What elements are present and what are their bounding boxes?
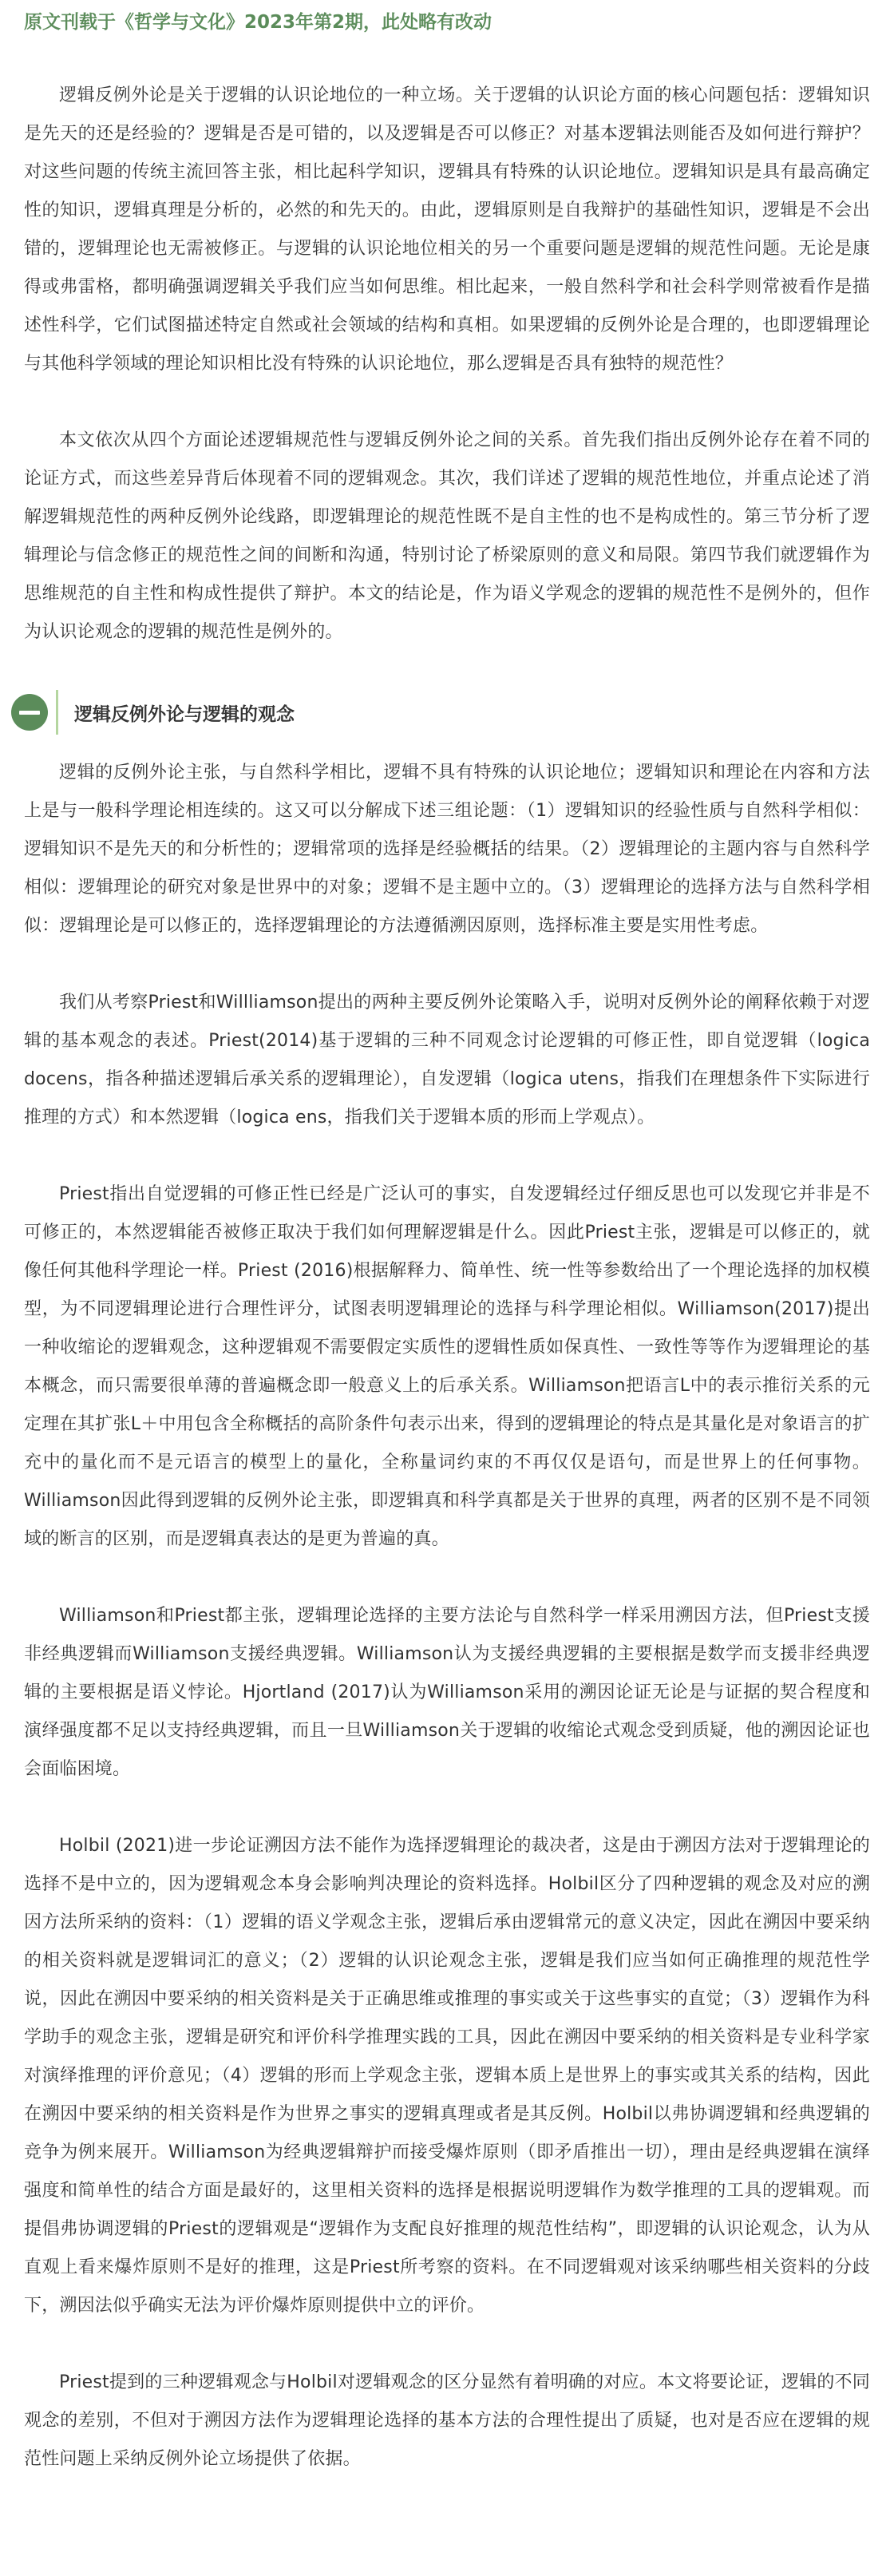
section-paragraph-1: 逻辑的反例外论主张，与自然科学相比，逻辑不具有特殊的认识论地位；逻辑知识和理论在…: [24, 754, 870, 945]
section-title: 逻辑反例外论与逻辑的观念: [74, 699, 295, 726]
source-note: 原文刊载于《哲学与文化》2023年第2期，此处略有改动: [24, 6, 870, 38]
intro-paragraph-1: 逻辑反例外论是关于逻辑的认识论地位的一种立场。关于逻辑的认识论方面的核心问题包括…: [24, 77, 870, 383]
section-header: 逻辑反例外论与逻辑的观念: [11, 690, 870, 735]
article: 原文刊载于《哲学与文化》2023年第2期，此处略有改动 逻辑反例外论是关于逻辑的…: [0, 0, 870, 2479]
minus-icon: [19, 711, 40, 715]
section-paragraph-5: Holbil (2021)进一步论证溯因方法不能作为选择逻辑理论的裁决者，这是由…: [24, 1827, 870, 2325]
intro-paragraph-2: 本文依次从四个方面论述逻辑规范性与逻辑反例外论之间的关系。首先我们指出反例外论存…: [24, 422, 870, 652]
section-divider-bar: [56, 690, 58, 735]
section-paragraph-2: 我们从考察Priest和Willliamson提出的两种主要反例外论策略入手，说…: [24, 984, 870, 1137]
section-number-icon: [11, 694, 48, 731]
section-paragraph-3: Priest指出自觉逻辑的可修正性已经是广泛认可的事实，自发逻辑经过仔细反思也可…: [24, 1175, 870, 1559]
section-paragraph-4: Williamson和Priest都主张，逻辑理论选择的主要方法论与自然科学一样…: [24, 1597, 870, 1789]
section-paragraph-6: Priest提到的三种逻辑观念与Holbil对逻辑观念的区分显然有着明确的对应。…: [24, 2364, 870, 2479]
